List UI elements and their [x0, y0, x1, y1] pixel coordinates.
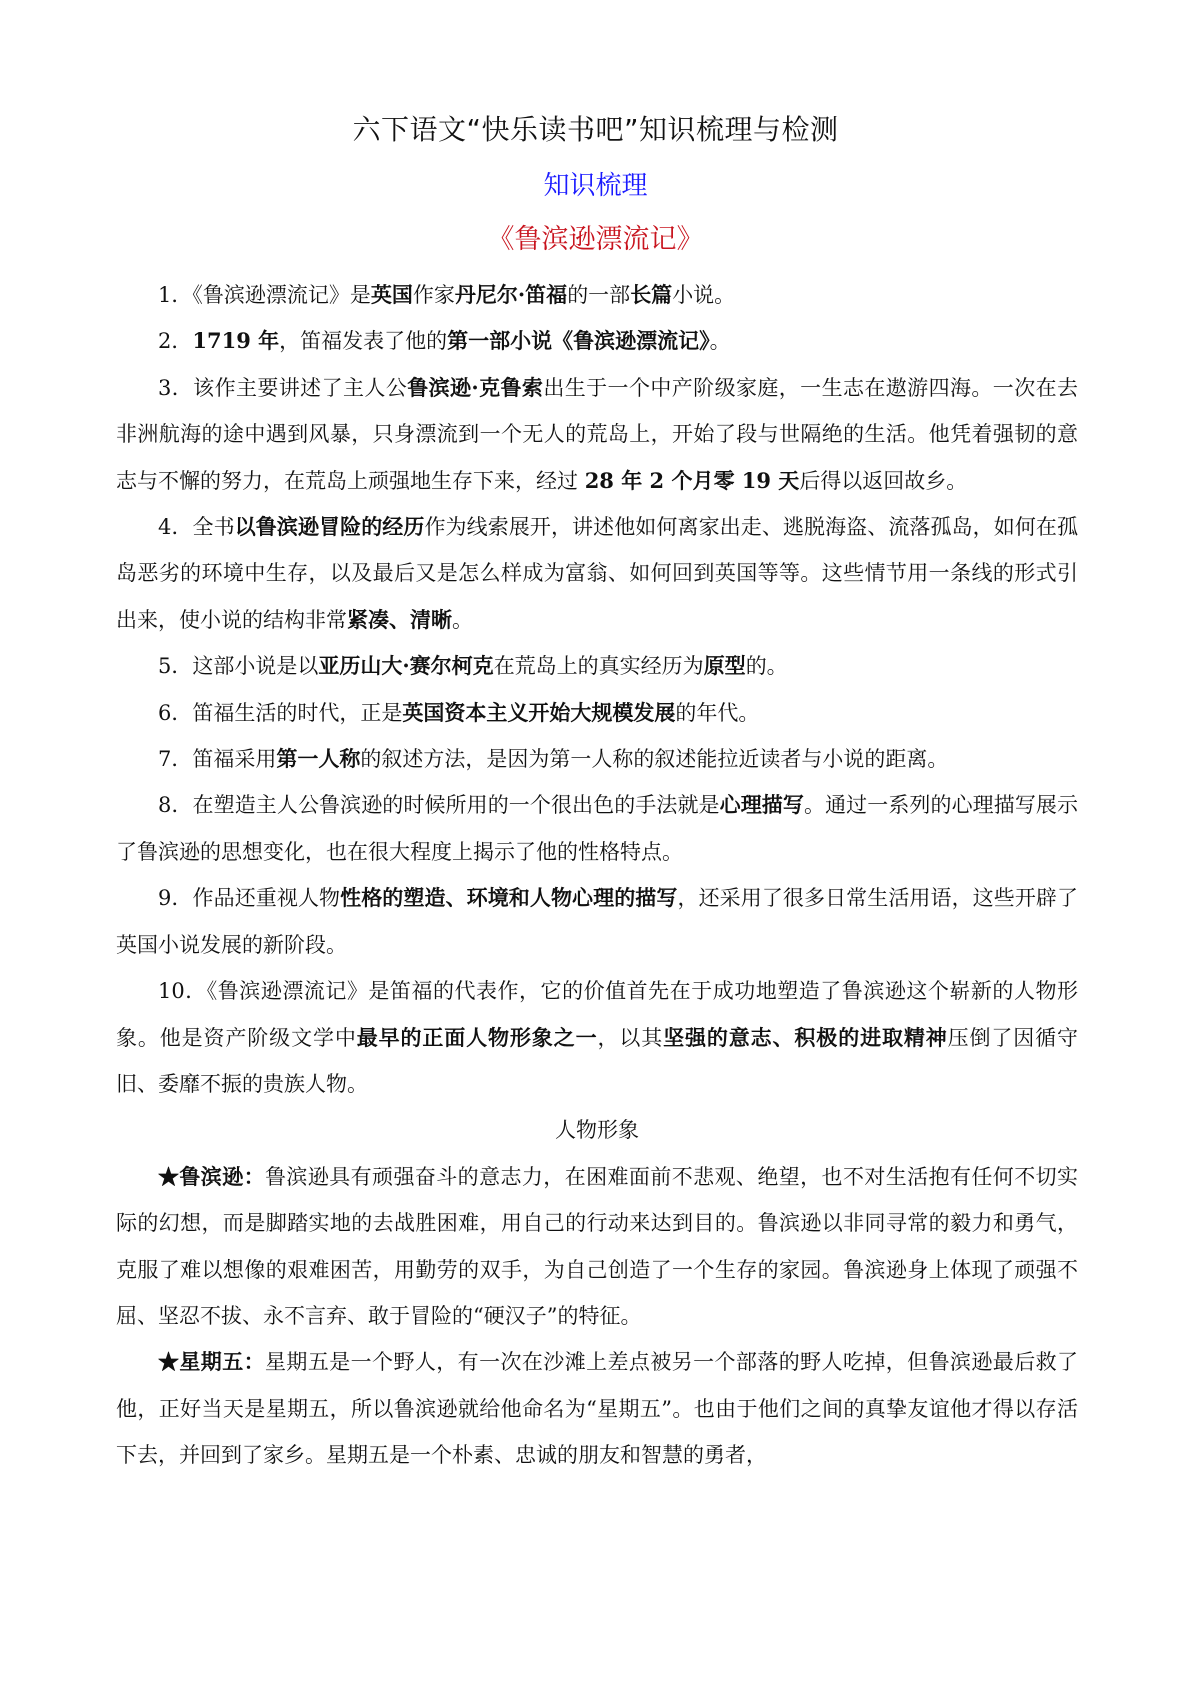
knowledge-point-5: 5．这部小说是以亚历山大·赛尔柯克在荒岛上的真实经历为原型的。 [116, 643, 1078, 689]
text-segment: 作品还重视人物 [193, 886, 341, 910]
knowledge-points-list: 1．《鲁滨逊漂流记》是英国作家丹尼尔·笛福的一部长篇小说。2．1719 年，笛福… [116, 272, 1078, 1107]
key-phrase: 性格的塑造、环境和人物心理的描写 [340, 885, 677, 910]
text-segment: 该作主要讲述了主人公 [193, 376, 407, 400]
text-segment: 《鲁滨逊漂流记》是 [192, 283, 371, 307]
point-number: 8． [158, 793, 193, 817]
key-phrase: 第一人称 [276, 746, 360, 771]
text-segment: ，笛福发表了他的 [279, 329, 447, 353]
key-phrase: 最早的正面人物形象之一 [357, 1025, 598, 1050]
point-number: 9． [158, 886, 193, 910]
key-phrase: 亚历山大·赛尔柯克 [318, 653, 493, 678]
text-segment: 这部小说是以 [192, 654, 318, 678]
text-segment: 。 [452, 608, 473, 632]
key-phrase: 1719 年 [192, 328, 279, 353]
point-number: 10． [158, 979, 207, 1003]
document-body: 1．《鲁滨逊漂流记》是英国作家丹尼尔·笛福的一部长篇小说。2．1719 年，笛福… [116, 272, 1078, 1479]
text-segment: 的。 [746, 654, 788, 678]
text-segment: 笛福采用 [192, 747, 276, 771]
document-title: 六下语文“快乐读书吧”知识梳理与检测 [0, 110, 1191, 150]
text-segment: ，以其 [597, 1026, 663, 1050]
character-entry-1: ★鲁滨逊：鲁滨逊具有顽强奋斗的意志力，在困难面前不悲观、绝望，也不对生活抱有任何… [116, 1154, 1078, 1340]
characters-list: ★鲁滨逊：鲁滨逊具有顽强奋斗的意志力，在困难面前不悲观、绝望，也不对生活抱有任何… [116, 1154, 1078, 1479]
key-phrase: 丹尼尔·笛福 [455, 282, 567, 307]
text-segment: 。 [710, 329, 731, 353]
key-phrase: 紧凑、清晰 [347, 607, 452, 632]
point-number: 6． [158, 701, 192, 725]
knowledge-point-7: 7．笛福采用第一人称的叙述方法，是因为第一人称的叙述能拉近读者与小说的距离。 [116, 736, 1078, 782]
point-number: 4． [158, 515, 193, 539]
text-segment: 的一部 [567, 283, 630, 307]
document-page: 六下语文“快乐读书吧”知识梳理与检测 知识梳理 《鲁滨逊漂流记》 1．《鲁滨逊漂… [0, 0, 1191, 1684]
point-number: 2． [158, 329, 192, 353]
key-phrase: 英国 [371, 282, 413, 307]
characters-heading: 人物形象 [116, 1107, 1078, 1153]
point-number: 1． [158, 283, 192, 307]
text-segment: 在塑造主人公鲁滨逊的时候所用的一个很出色的手法就是 [193, 793, 720, 817]
point-number: 7． [158, 747, 192, 771]
knowledge-point-2: 2．1719 年，笛福发表了他的第一部小说《鲁滨逊漂流记》。 [116, 318, 1078, 364]
key-phrase: 鲁滨逊·克鲁索 [407, 375, 543, 400]
key-phrase: 英国资本主义开始大规模发展 [402, 700, 675, 725]
key-phrase: 心理描写 [720, 792, 804, 817]
knowledge-point-4: 4．全书以鲁滨逊冒险的经历作为线索展开，讲述他如何离家出走、逃脱海盗、流落孤岛，… [116, 504, 1078, 643]
knowledge-point-10: 10．《鲁滨逊漂流记》是笛福的代表作，它的价值首先在于成功地塑造了鲁滨逊这个崭新… [116, 968, 1078, 1107]
key-phrase: 原型 [704, 653, 746, 678]
point-number: 5． [158, 654, 192, 678]
key-phrase: 以鲁滨逊冒险的经历 [235, 514, 425, 539]
key-phrase: 第一部小说《鲁滨逊漂流记》 [447, 328, 710, 353]
text-segment: 笛福生活的时代，正是 [192, 701, 402, 725]
text-segment: 的叙述方法，是因为第一人称的叙述能拉近读者与小说的距离。 [360, 747, 948, 771]
character-name: ★鲁滨逊： [158, 1164, 265, 1189]
text-segment: 作家 [413, 283, 455, 307]
book-title: 《鲁滨逊漂流记》 [0, 220, 1191, 260]
character-entry-2: ★星期五：星期五是一个野人，有一次在沙滩上差点被另一个部落的野人吃掉，但鲁滨逊最… [116, 1339, 1078, 1478]
knowledge-point-8: 8．在塑造主人公鲁滨逊的时候所用的一个很出色的手法就是心理描写。通过一系列的心理… [116, 782, 1078, 875]
character-description: 鲁滨逊具有顽强奋斗的意志力，在困难面前不悲观、绝望，也不对生活抱有任何不切实际的… [116, 1165, 1078, 1328]
character-name: ★星期五： [158, 1349, 265, 1374]
key-phrase: 坚强的意志、积极的进取精神 [663, 1025, 948, 1050]
key-phrase: 长篇 [630, 282, 672, 307]
knowledge-point-1: 1．《鲁滨逊漂流记》是英国作家丹尼尔·笛福的一部长篇小说。 [116, 272, 1078, 318]
key-phrase: 28 年 2 个月零 19 天 [585, 468, 800, 493]
knowledge-point-3: 3．该作主要讲述了主人公鲁滨逊·克鲁索出生于一个中产阶级家庭，一生志在遨游四海。… [116, 365, 1078, 504]
text-segment: 的年代。 [675, 701, 759, 725]
text-segment: 小说。 [672, 283, 735, 307]
point-number: 3． [158, 376, 193, 400]
text-segment: 后得以返回故乡。 [799, 469, 967, 493]
text-segment: 在荒岛上的真实经历为 [494, 654, 704, 678]
knowledge-point-6: 6．笛福生活的时代，正是英国资本主义开始大规模发展的年代。 [116, 690, 1078, 736]
section-title-knowledge: 知识梳理 [0, 166, 1191, 206]
text-segment: 全书 [193, 515, 235, 539]
knowledge-point-9: 9．作品还重视人物性格的塑造、环境和人物心理的描写，还采用了很多日常生活用语，这… [116, 875, 1078, 968]
